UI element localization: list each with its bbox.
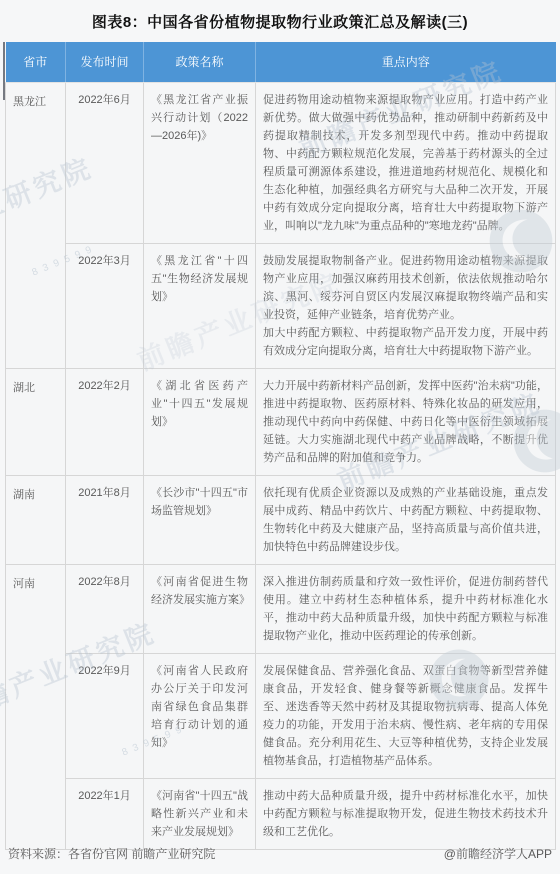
date-cell: 2022年9月 (66, 654, 144, 779)
page-title: 图表8：中国各省份植物提取物行业政策汇总及解读(三) (0, 0, 560, 42)
content-cell: 促进药物用途动植物来源提取物产业应用。打造中药产业新优势。做大做强中药优势品种，… (256, 83, 556, 244)
content-cell: 鼓励发展提取物制备产业。促进药物用途动植物来源提取物产业应用，加强汉麻药用技术创… (256, 244, 556, 369)
header-row: 省市 发布时间 政策名称 重点内容 (6, 42, 556, 83)
date-cell: 2021年8月 (66, 476, 144, 565)
content-cell: 深入推进仿制药质量和疗效一致性评价，促进仿制药替代使用。建立中药材生态种植体系，… (256, 565, 556, 654)
header-date: 发布时间 (66, 42, 144, 83)
province-cell: 湖南 (6, 476, 66, 565)
province-cell: 河南 (6, 565, 66, 850)
date-cell: 2022年2月 (66, 369, 144, 476)
province-cell: 黑龙江 (6, 83, 66, 369)
policy-cell: 《河南省促进生物经济发展实施方案》 (144, 565, 256, 654)
table-row: 2022年1月 《河南省"十四五"战略性新兴产业和未来产业发展规划》 推动中药大… (6, 779, 556, 850)
date-cell: 2022年6月 (66, 83, 144, 244)
header-province: 省市 (6, 42, 66, 83)
table-row: 2022年9月 《河南省人民政府办公厅关于印发河南省绿色食品集群培育行动计划的通… (6, 654, 556, 779)
header-policy: 政策名称 (144, 42, 256, 83)
content-cell: 依托现有优质企业资源以及成熟的产业基础设施，重点发展中成药、精品中药饮片、中药配… (256, 476, 556, 565)
table-row: 黑龙江 2022年6月 《黑龙江省产业振兴行动计划（2022—2026年)》 促… (6, 83, 556, 244)
policy-cell: 《湖北省医药产业"十四五"发展规划》 (144, 369, 256, 476)
table-row: 湖南 2021年8月 《长沙市"十四五"市场监管规划》 依托现有优质企业资源以及… (6, 476, 556, 565)
table-row: 2022年3月 《黑龙江省"十四五"生物经济发展规划》 鼓励发展提取物制备产业。… (6, 244, 556, 369)
content-cell: 大力开展中药新材料产品创新，发挥中医药"治未病"功能，推进中药提取物、医药原材料… (256, 369, 556, 476)
policy-cell: 《黑龙江省产业振兴行动计划（2022—2026年)》 (144, 83, 256, 244)
content-cell: 发展保健食品、营养强化食品、双蛋白食物等新型营养健康食品，开发轻食、健身餐等新概… (256, 654, 556, 779)
policy-cell: 《河南省人民政府办公厅关于印发河南省绿色食品集群培育行动计划的通知》 (144, 654, 256, 779)
brand-note: @前瞻经济学人APP (444, 845, 552, 862)
header-content: 重点内容 (256, 42, 556, 83)
source-note: 资料来源：各省份官网 前瞻产业研究院 (8, 845, 215, 862)
figure-page: 图表8：中国各省份植物提取物行业政策汇总及解读(三) 省市 发布时间 政策名称 … (0, 0, 560, 874)
policy-cell: 《黑龙江省"十四五"生物经济发展规划》 (144, 244, 256, 369)
date-cell: 2022年3月 (66, 244, 144, 369)
date-cell: 2022年1月 (66, 779, 144, 850)
left-edge-artifact (3, 42, 5, 100)
policy-cell: 《长沙市"十四五"市场监管规划》 (144, 476, 256, 565)
content-cell: 推动中药大品种质量升级，提升中药材标准化水平，加快中药配方颗粒与标准提取物开发，… (256, 779, 556, 850)
policy-cell: 《河南省"十四五"战略性新兴产业和未来产业发展规划》 (144, 779, 256, 850)
table-row: 湖北 2022年2月 《湖北省医药产业"十四五"发展规划》 大力开展中药新材料产… (6, 369, 556, 476)
footer: 资料来源：各省份官网 前瞻产业研究院 @前瞻经济学人APP (8, 845, 552, 862)
policy-table: 省市 发布时间 政策名称 重点内容 黑龙江 2022年6月 《黑龙江省产业振兴行… (5, 42, 556, 850)
table-row: 河南 2022年8月 《河南省促进生物经济发展实施方案》 深入推进仿制药质量和疗… (6, 565, 556, 654)
province-cell: 湖北 (6, 369, 66, 476)
date-cell: 2022年8月 (66, 565, 144, 654)
